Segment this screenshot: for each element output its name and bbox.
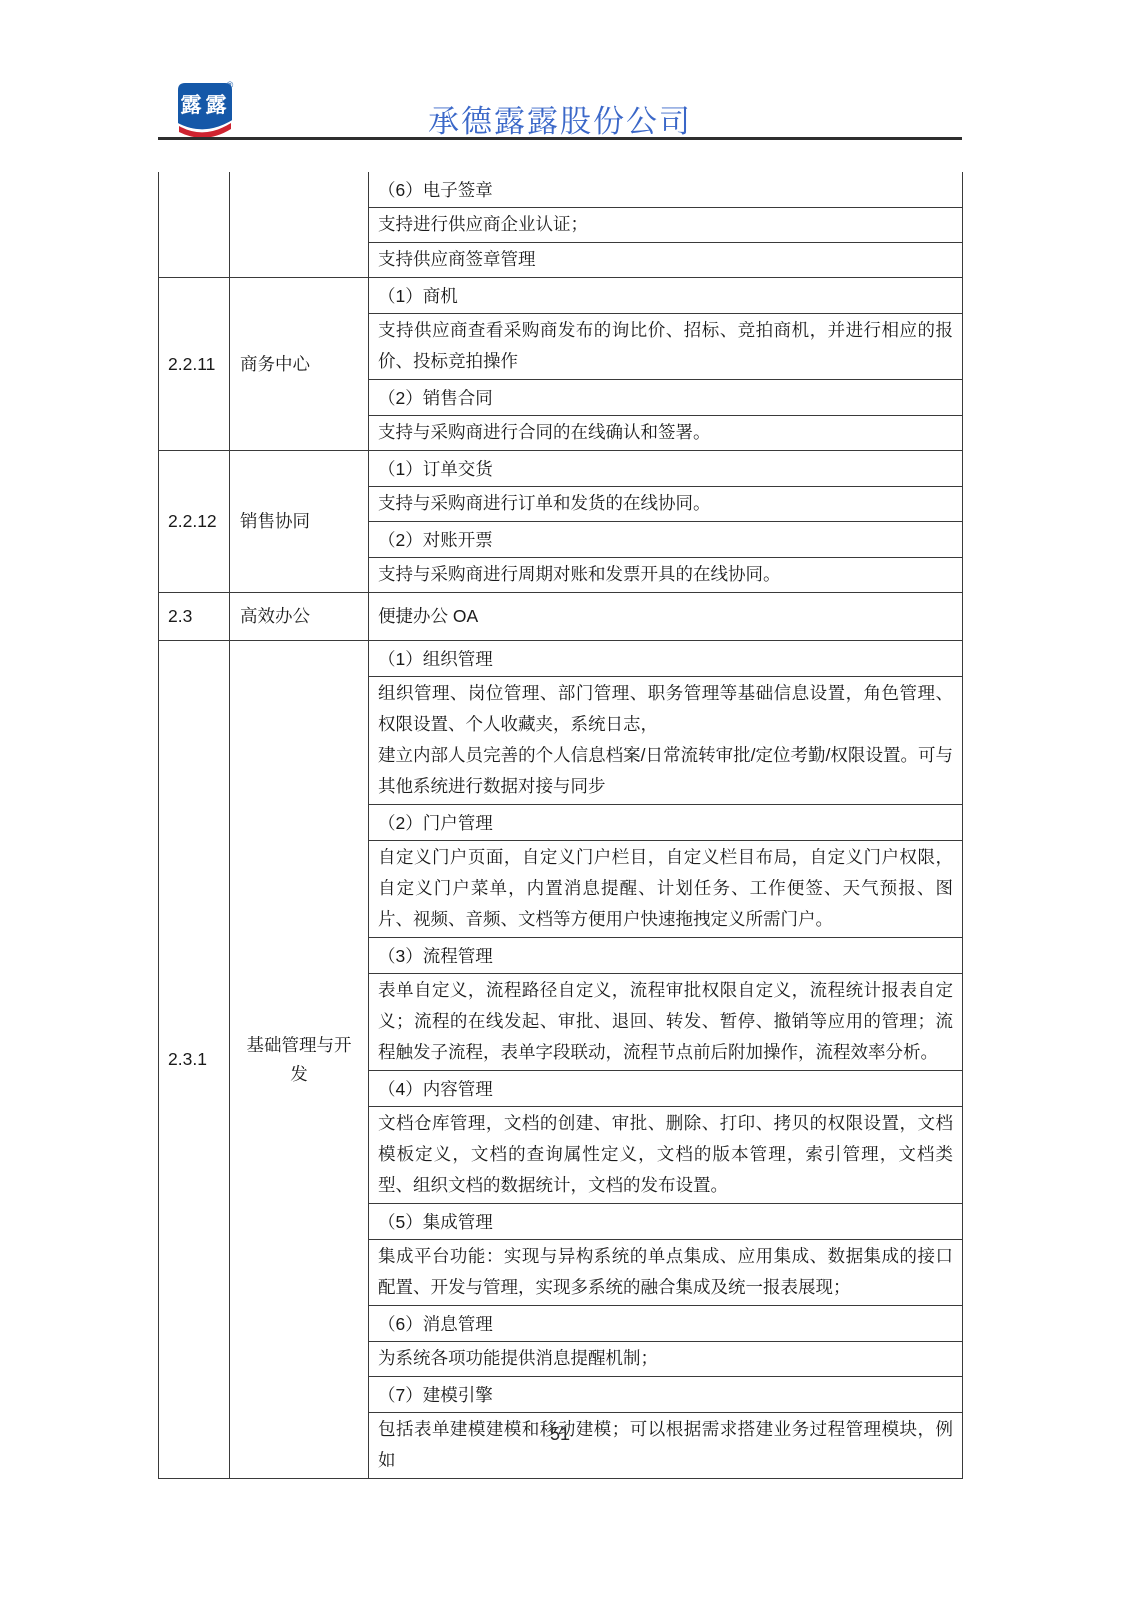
spec-body-cell: 支持供应商查看采购商发布的询比价、招标、竞拍商机，并进行相应的报价、投标竞拍操作 (369, 314, 963, 380)
spec-body-cell: 便捷办公 OA (369, 593, 963, 641)
table-section: （6）电子签章支持进行供应商企业认证；支持供应商签章管理2.2.11商务中心（1… (158, 172, 962, 1479)
spec-body-cell: 包括表单建模建模和移动建模；可以根据需求搭建业务过程管理模块，例如 (369, 1413, 963, 1479)
spec-body-cell: 为系统各项功能提供消息提醒机制； (369, 1342, 963, 1377)
section-name-cell: 基础管理与开发 (230, 641, 369, 1479)
section-name-cell (230, 172, 369, 278)
company-name: 承德露露股份公司 (158, 96, 962, 141)
table-row: 2.3.1基础管理与开发（1）组织管理 (159, 641, 963, 677)
spec-body-cell: 支持供应商签章管理 (369, 243, 963, 278)
registered-mark: ® (227, 80, 234, 90)
page-header: 露 露 ® 承德露露股份公司 (158, 70, 962, 142)
page-number: 51 (158, 1424, 962, 1445)
section-number-cell: 2.3.1 (159, 641, 230, 1479)
spec-subhead-cell: （6）电子签章 (369, 172, 963, 208)
table-row: 2.3高效办公便捷办公 OA (159, 593, 963, 641)
header-divider (158, 137, 962, 140)
section-name-cell: 销售协同 (230, 451, 369, 593)
spec-subhead-cell: （1）商机 (369, 278, 963, 314)
spec-subhead-cell: （2）门户管理 (369, 805, 963, 841)
section-name-cell: 高效办公 (230, 593, 369, 641)
table-row: 2.2.11商务中心（1）商机 (159, 278, 963, 314)
section-number-cell (159, 172, 230, 278)
spec-subhead-cell: （6）消息管理 (369, 1306, 963, 1342)
spec-body-cell: 支持与采购商进行合同的在线确认和签署。 (369, 416, 963, 451)
spec-body-cell: 支持与采购商进行订单和发货的在线协同。 (369, 487, 963, 522)
spec-subhead-cell: （1）订单交货 (369, 451, 963, 487)
requirements-table: （6）电子签章支持进行供应商企业认证；支持供应商签章管理2.2.11商务中心（1… (158, 172, 963, 1479)
spec-subhead-cell: （7）建模引擎 (369, 1377, 963, 1413)
table-row: （6）电子签章 (159, 172, 963, 208)
spec-subhead-cell: （5）集成管理 (369, 1204, 963, 1240)
spec-subhead-cell: （2）销售合同 (369, 380, 963, 416)
spec-body-cell: 组织管理、岗位管理、部门管理、职务管理等基础信息设置，角色管理、权限设置、个人收… (369, 677, 963, 805)
spec-body-cell: 自定义门户页面，自定义门户栏目，自定义栏目布局，自定义门户权限，自定义门户菜单，… (369, 841, 963, 938)
spec-subhead-cell: （3）流程管理 (369, 938, 963, 974)
section-number-cell: 2.2.11 (159, 278, 230, 451)
spec-subhead-cell: （2）对账开票 (369, 522, 963, 558)
section-number-cell: 2.2.12 (159, 451, 230, 593)
spec-body-cell: 集成平台功能：实现与异构系统的单点集成、应用集成、数据集成的接口配置、开发与管理… (369, 1240, 963, 1306)
spec-body-cell: 支持与采购商进行周期对账和发票开具的在线协同。 (369, 558, 963, 593)
spec-body-cell: 表单自定义，流程路径自定义，流程审批权限自定义，流程统计报表自定义；流程的在线发… (369, 974, 963, 1071)
section-name-cell: 商务中心 (230, 278, 369, 451)
section-number-cell: 2.3 (159, 593, 230, 641)
spec-body-cell: 支持进行供应商企业认证； (369, 208, 963, 243)
spec-body-cell: 文档仓库管理，文档的创建、审批、删除、打印、拷贝的权限设置，文档模板定义，文档的… (369, 1107, 963, 1204)
spec-subhead-cell: （4）内容管理 (369, 1071, 963, 1107)
spec-subhead-cell: （1）组织管理 (369, 641, 963, 677)
table-row: 2.2.12销售协同（1）订单交货 (159, 451, 963, 487)
